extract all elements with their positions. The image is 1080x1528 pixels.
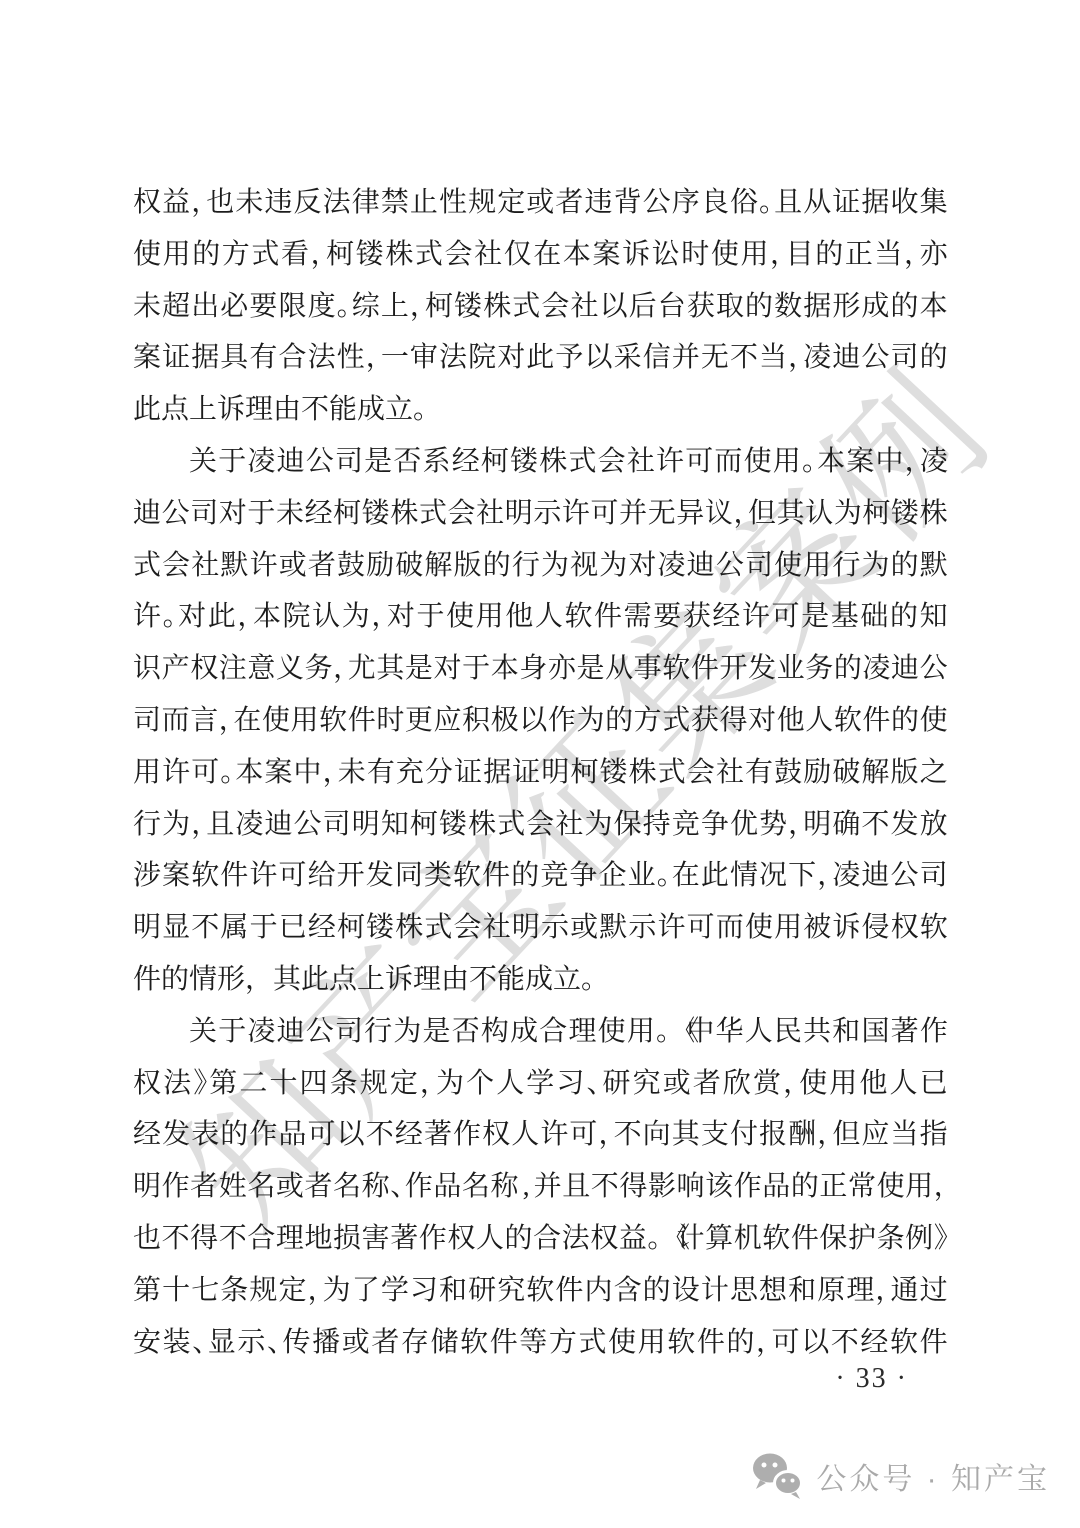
text-line: 行为，且凌迪公司明知柯镂株式会社为保持竞争优势，明确不发放 [133,799,948,851]
text-line: 件的情形，其此点上诉理由不能成立。 [133,954,948,1006]
text-line: 权益，也未违反法律禁止性规定或者违背公序良俗。且从证据收集 [133,177,948,229]
text-line: 安装、显示、传播或者存储软件等方式使用软件的，可以不经软件 [133,1317,948,1369]
document-page: 知产宝征集案例 权益，也未违反法律禁止性规定或者违背公序良俗。且从证据收集使用的… [0,0,1080,1528]
text-line: 经发表的作品可以不经著作权人许可，不向其支付报酬，但应当指 [133,1109,948,1161]
text-line: 司而言，在使用软件时更应积极以作为的方式获得对他人软件的使 [133,695,948,747]
text-line: 案证据具有合法性，一审法院对此予以采信并无不当，凌迪公司的 [133,332,948,384]
text-line: 此点上诉理由不能成立。 [133,384,948,436]
text-line: 第十七条规定，为了学习和研究软件内含的设计思想和原理，通过 [133,1265,948,1317]
text-line: 也不得不合理地损害著作权人的合法权益。《计算机软件保护条例》 [133,1213,948,1265]
text-line: 式会社默许或者鼓励破解版的行为视为对凌迪公司使用行为的默 [133,540,948,592]
wechat-icon [750,1452,804,1500]
page-number: · 33 · [835,1363,908,1395]
text-line: 识产权注意义务，尤其是对于本身亦是从事软件开发业务的凌迪公 [133,643,948,695]
text-line: 权法》第二十四条规定，为个人学习、研究或者欣赏，使用他人已 [133,1058,948,1110]
text-line: 迪公司对于未经柯镂株式会社明示许可并无异议，但其认为柯镂株 [133,488,948,540]
footer: 公众号 · 知产宝 [750,1452,1050,1500]
text-line: 关于凌迪公司行为是否构成合理使用。《中华人民共和国著作 [133,1006,948,1058]
footer-label: 公众号 · 知产宝 [816,1454,1050,1498]
text-line: 关于凌迪公司是否系经柯镂株式会社许可而使用。本案中，凌 [133,436,948,488]
text-line: 用许可。本案中，未有充分证据证明柯镂株式会社有鼓励破解版之 [133,747,948,799]
text-line: 未超出必要限度。综上，柯镂株式会社以后台获取的数据形成的本 [133,281,948,333]
text-line: 明作者姓名或者名称、作品名称,并且不得影响该作品的正常使用， [133,1161,948,1213]
text-line: 使用的方式看，柯镂株式会社仅在本案诉讼时使用，目的正当，亦 [133,229,948,281]
text-line: 明显不属于已经柯镂株式会社明示或默示许可而使用被诉侵权软 [133,902,948,954]
text-line: 涉案软件许可给开发同类软件的竞争企业。在此情况下，凌迪公司 [133,850,948,902]
document-body: 权益，也未违反法律禁止性规定或者违背公序良俗。且从证据收集使用的方式看，柯镂株式… [133,177,948,1368]
text-line: 许。对此，本院认为，对于使用他人软件需要获经许可是基础的知 [133,591,948,643]
